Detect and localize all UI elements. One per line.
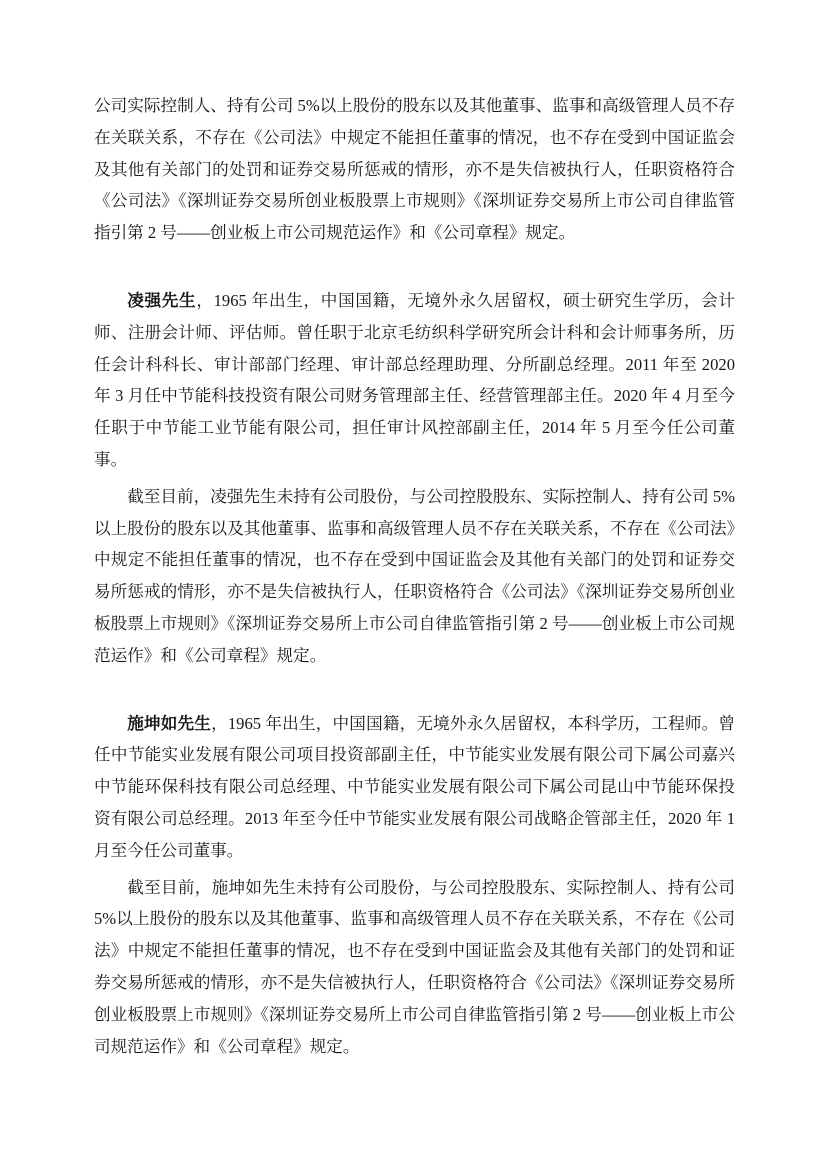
paragraph-qualification-ling-qiang: 截至目前，凌强先生未持有公司股份，与公司控股股东、实际控制人、持有公司 5%以上… [94,481,735,672]
paragraph-qualification-shi-kunru: 截至目前，施坤如先生未持有公司股份，与公司控股股东、实际控制人、持有公司 5%以… [94,872,735,1063]
paragraph-text: ，1965 年出生，中国国籍，无境外永久居留权，本科学历，工程师。曾任中节能实业… [94,714,735,860]
paragraph-text: 公司实际控制人、持有公司 5%以上股份的股东以及其他董事、监事和高级管理人员不存… [94,96,735,242]
paragraph-bio-shi-kunru: 施坤如先生，1965 年出生，中国国籍，无境外永久居留权，本科学历，工程师。曾任… [94,708,735,867]
paragraph-text: 截至目前，凌强先生未持有公司股份，与公司控股股东、实际控制人、持有公司 5%以上… [94,487,735,665]
paragraph-bio-ling-qiang: 凌强先生，1965 年出生，中国国籍，无境外永久居留权，硕士研究生学历，会计师、… [94,285,735,476]
person-name-ling-qiang: 凌强先生 [127,291,196,310]
paragraph-text: 截至目前，施坤如先生未持有公司股份，与公司控股股东、实际控制人、持有公司 5%以… [94,878,735,1056]
paragraph-qualification-continuation: 公司实际控制人、持有公司 5%以上股份的股东以及其他董事、监事和高级管理人员不存… [94,90,735,249]
paragraph-text: ，1965 年出生，中国国籍，无境外永久居留权，硕士研究生学历，会计师、注册会计… [94,291,735,469]
document-page: 公司实际控制人、持有公司 5%以上股份的股东以及其他董事、监事和高级管理人员不存… [0,0,827,1169]
person-name-shi-kunru: 施坤如先生 [127,714,211,733]
